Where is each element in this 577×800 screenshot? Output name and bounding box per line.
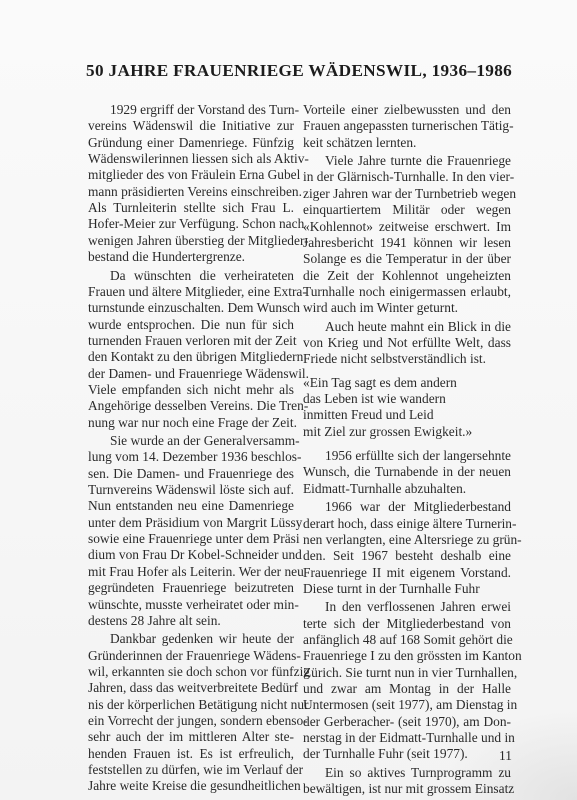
- paragraph: Da wünschten die verheiratetenFrauen und…: [88, 268, 294, 431]
- text-line: bestand die Hundertergrenze.: [88, 249, 294, 265]
- text-line: Da wünschten die verheirateten: [88, 268, 294, 284]
- paragraph: 1929 ergriff der Vorstand des Turn-verei…: [88, 102, 294, 265]
- text-line: Jahren, dass das weitverbreitete Bedürf: [88, 680, 294, 696]
- text-line: derart hoch, dass einige ältere Turnerin…: [303, 516, 511, 532]
- text-line: der Gerberacher- (seit 1970), am Don-: [303, 714, 511, 730]
- text-line: Turnvereins Wädenswil löste sich auf.: [88, 482, 294, 498]
- text-line: mitglieder des von Fräulein Erna Gubel: [88, 167, 294, 183]
- text-line: Jahresbericht 1941 können wir lesen: [303, 235, 511, 251]
- text-line: nung war nur noch eine Frage der Zeit.: [88, 415, 294, 431]
- text-line: bewältigen, ist nur mit grossem Einsatz: [303, 781, 511, 797]
- text-line: Frauenriege II mit eigenem Vorstand.: [303, 565, 511, 581]
- text-line: Angehörige desselben Vereins. Die Tren-: [88, 398, 294, 414]
- text-line: Frauenriege I zu den grössten im Kanton: [303, 648, 511, 664]
- paragraph: Viele Jahre turnte die Frauenriegein der…: [303, 153, 511, 316]
- text-line: wurde entsprochen. Die nun für sich: [88, 317, 294, 333]
- text-line: mann präsidierten Vereins einschreiben.: [88, 184, 294, 200]
- text-line: 1929 ergriff der Vorstand des Turn-: [88, 102, 294, 118]
- paragraph: In den verflossenen Jahren erweiterte si…: [303, 599, 511, 762]
- text-line: das Leben ist wie wandern: [303, 391, 511, 407]
- text-line: ziger Jahren war der Turnbetrieb wegen: [303, 186, 511, 202]
- text-line: terte sich der Mitgliederbestand von: [303, 616, 511, 632]
- text-line: Hofer-Meier zur Verfügung. Schon nach: [88, 216, 294, 232]
- text-line: turnenden Frauen verloren mit der Zeit: [88, 333, 294, 349]
- text-line: Frauen angepassten turnerischen Tätig-: [303, 118, 511, 134]
- paragraph: Vorteile einer zielbewussten und denFrau…: [303, 102, 511, 151]
- text-line: Nun entstanden neu eine Damenriege: [88, 498, 294, 514]
- text-line: Eidmatt-Turnhalle abzuhalten.: [303, 481, 511, 497]
- text-line: von Krieg und Not erfüllte Welt, dass: [303, 335, 511, 351]
- text-line: keit schätzen lernten.: [303, 135, 511, 151]
- page-title: 50 JAHRE FRAUENRIEGE WÄDENSWIL, 1936–198…: [86, 61, 516, 81]
- text-line: den Kontakt zu den übrigen Mitgliedern: [88, 349, 294, 365]
- text-line: ein Vorrecht der jungen, sondern ebenso-: [88, 713, 294, 729]
- text-line: Turnhalle noch einigermassen erlaubt,: [303, 284, 511, 300]
- text-line: Gründerinnen der Frauenriege Wädens-: [88, 648, 294, 664]
- text-line: anfänglich 48 auf 168 Somit gehört die: [303, 632, 511, 648]
- text-line: Ein so aktives Turnprogramm zu: [303, 765, 511, 781]
- text-line: inmitten Freud und Leid: [303, 407, 511, 423]
- block-quote: «Ein Tag sagt es dem anderndas Leben ist…: [303, 375, 511, 440]
- text-line: Als Turnleiterin stellte sich Frau L.: [88, 200, 294, 216]
- text-line: wünschte, musste verheiratet oder min-: [88, 597, 294, 613]
- text-line: mit Frau Hofer als Leiterin. Wer der neu: [88, 564, 294, 580]
- paragraph: Dankbar gedenken wir heute derGründerinn…: [88, 631, 294, 794]
- text-line: Wunsch, die Turnabende in der neuen: [303, 464, 511, 480]
- page-number: 11: [499, 748, 512, 764]
- left-column: 1929 ergriff der Vorstand des Turn-verei…: [88, 102, 294, 797]
- text-line: Vorteile einer zielbewussten und den: [303, 102, 511, 118]
- text-line: in der Glärnisch-Turnhalle. In den vier-: [303, 169, 511, 185]
- text-line: In den verflossenen Jahren erwei: [303, 599, 511, 615]
- text-line: Diese turnt in der Turnhalle Fuhr: [303, 581, 511, 597]
- text-line: Jahre weite Kreise die gesundheitlichen: [88, 778, 294, 794]
- text-line: destens 28 Jahre alt sein.: [88, 613, 294, 629]
- text-line: «Kohlennot» zeitweise erschwert. Im: [303, 219, 511, 235]
- text-line: sowie eine Frauenriege unter dem Präsi: [88, 531, 294, 547]
- text-line: Dankbar gedenken wir heute der: [88, 631, 294, 647]
- text-line: wird auch im Winter geturnt.: [303, 300, 511, 316]
- text-line: vereins Wädenswil die Initiative zur: [88, 118, 294, 134]
- text-line: mit Ziel zur grossen Ewigkeit.»: [303, 424, 511, 440]
- text-line: Viele Jahre turnte die Frauenriege: [303, 153, 511, 169]
- paragraph: Sie wurde an der Generalversamm-lung vom…: [88, 433, 294, 629]
- text-line: nen verlangten, eine Altersriege zu grün…: [303, 532, 511, 548]
- text-line: Auch heute mahnt ein Blick in die: [303, 319, 511, 335]
- text-line: unter dem Präsidium von Margrit Lüssy: [88, 515, 294, 531]
- text-line: gegründeten Frauenriege beizutreten: [88, 580, 294, 596]
- text-line: den. Seit 1967 besteht deshalb eine: [303, 548, 511, 564]
- paragraph: Ein so aktives Turnprogramm zubewältigen…: [303, 765, 511, 798]
- text-line: Friede nicht selbstverständlich ist.: [303, 351, 511, 367]
- text-line: lung vom 14. Dezember 1936 beschlos-: [88, 449, 294, 465]
- document-page: 50 JAHRE FRAUENRIEGE WÄDENSWIL, 1936–198…: [0, 0, 577, 800]
- text-line: turnstunde einzuschalten. Dem Wunsch: [88, 300, 294, 316]
- text-line: «Ein Tag sagt es dem andern: [303, 375, 511, 391]
- text-line: 1966 war der Mitgliederbestand: [303, 499, 511, 515]
- text-line: nerstag in der Eidmatt-Turnhalle und in: [303, 730, 511, 746]
- text-line: der Turnhalle Fuhr (seit 1977).: [303, 746, 511, 762]
- text-line: Solange es die Temperatur in der über: [303, 251, 511, 267]
- paragraph: Auch heute mahnt ein Blick in dievon Kri…: [303, 319, 511, 368]
- text-line: Frauen und ältere Mitglieder, eine Extra…: [88, 284, 294, 300]
- text-line: einquartiertem Militär oder wegen: [303, 202, 511, 218]
- text-line: Wädenswilerinnen liessen sich als Aktiv-: [88, 151, 294, 167]
- text-line: dium von Frau Dr Kobel-Schneider und: [88, 547, 294, 563]
- text-line: henden Frauen ist. Es ist erfreulich,: [88, 746, 294, 762]
- text-line: Gründung einer Damenriege. Fünfzig: [88, 135, 294, 151]
- text-line: sen. Die Damen- und Frauenriege des: [88, 466, 294, 482]
- text-line: wil, erkannten sie doch schon vor fünfzi…: [88, 664, 294, 680]
- text-line: 1956 erfüllte sich der langersehnte: [303, 448, 511, 464]
- text-line: feststellen zu dürfen, wie im Verlauf de…: [88, 762, 294, 778]
- text-line: nis der körperlichen Betätigung nicht nu…: [88, 697, 294, 713]
- paragraph: 1966 war der Mitgliederbestandderart hoc…: [303, 499, 511, 597]
- text-line: der Damen- und Frauenriege Wädenswil.: [88, 366, 294, 382]
- text-line: und zwar am Montag in der Halle: [303, 681, 511, 697]
- text-line: Zürich. Sie turnt nun in vier Turnhallen…: [303, 665, 511, 681]
- text-line: Viele empfanden sich nicht mehr als: [88, 382, 294, 398]
- text-line: die Zeit der Kohlennot ungeheizten: [303, 268, 511, 284]
- paragraph: 1956 erfüllte sich der langersehnteWunsc…: [303, 448, 511, 497]
- text-line: wenigen Jahren überstieg der Mitglieder-: [88, 233, 294, 249]
- text-line: Untermosen (seit 1977), am Dienstag in: [303, 697, 511, 713]
- text-line: Sie wurde an der Generalversamm-: [88, 433, 294, 449]
- text-line: sehr auch der im mittleren Alter ste-: [88, 729, 294, 745]
- right-column: Vorteile einer zielbewussten und denFrau…: [303, 102, 511, 800]
